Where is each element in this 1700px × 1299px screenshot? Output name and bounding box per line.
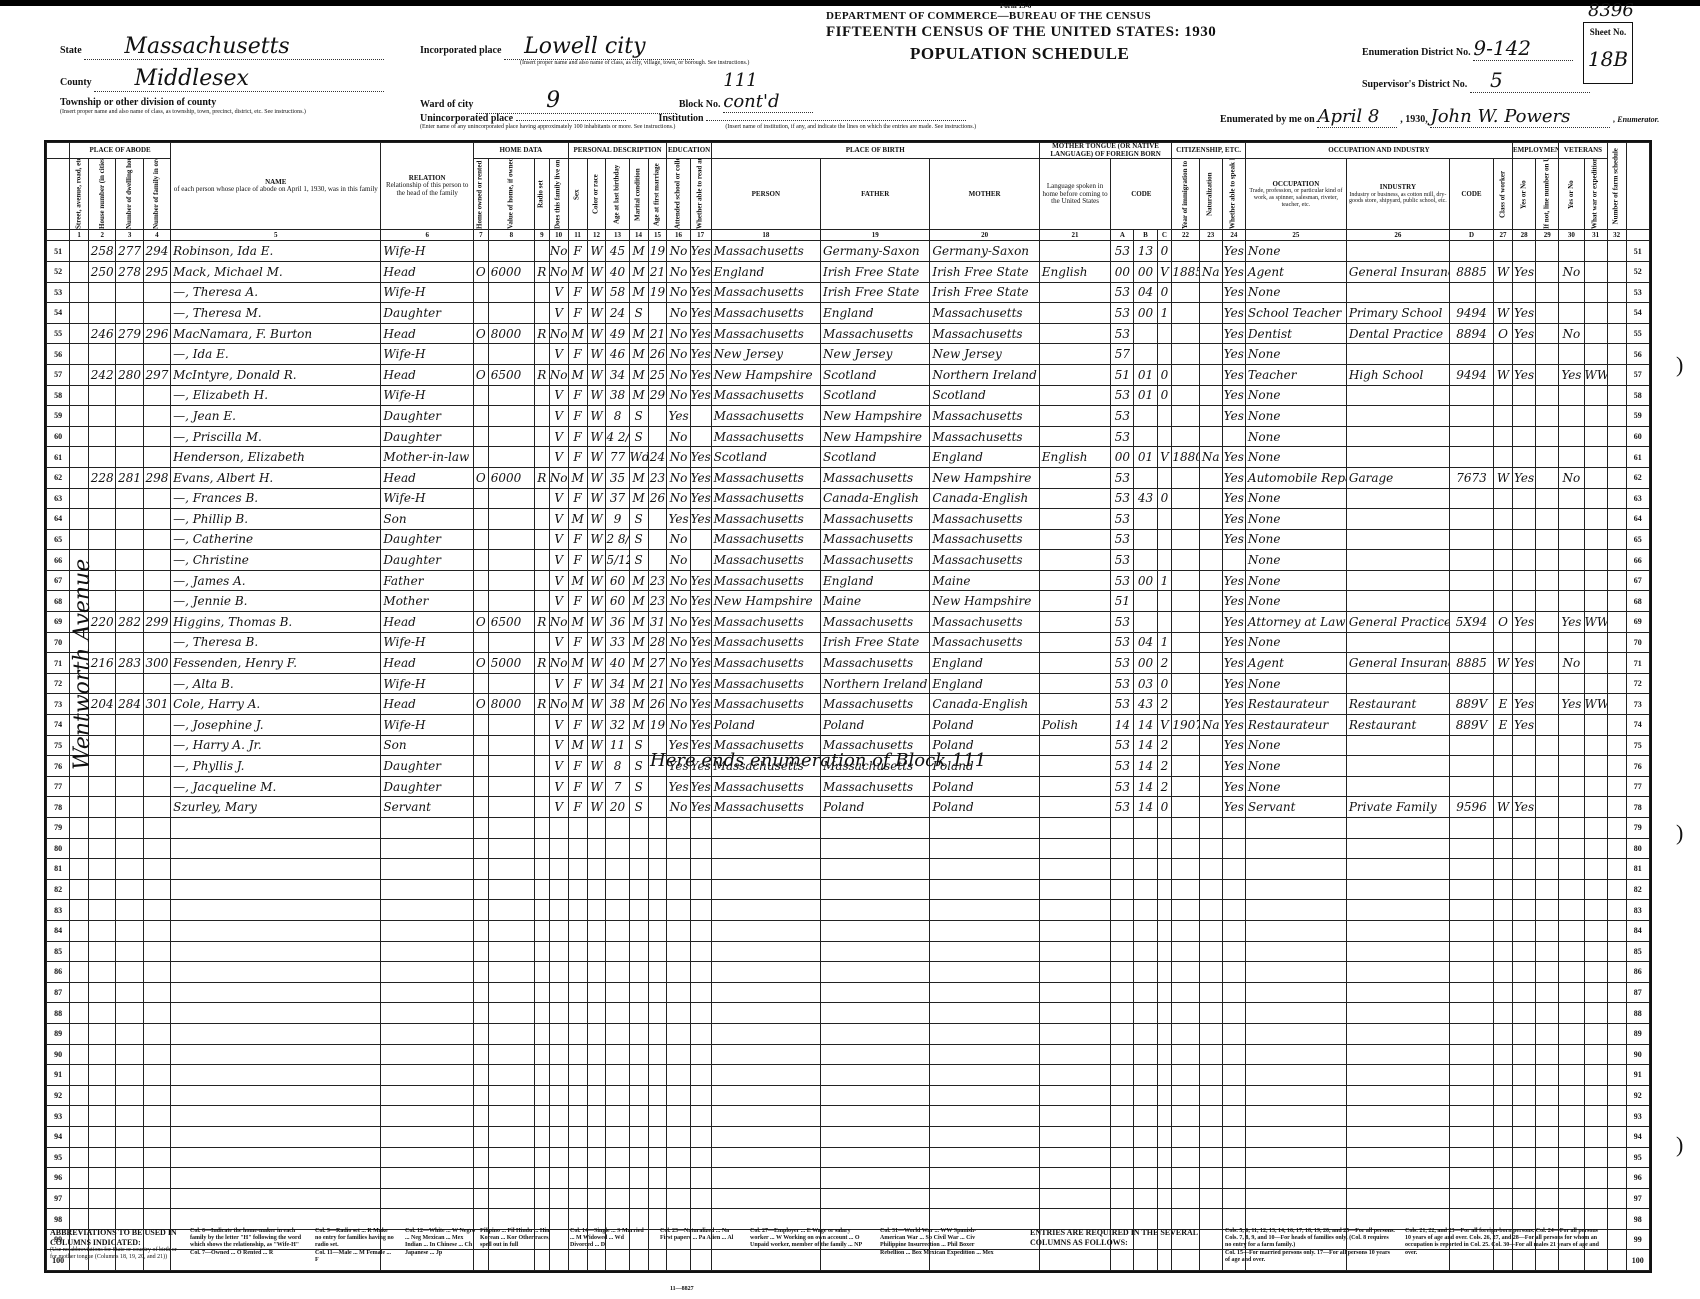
cell-nat bbox=[1199, 344, 1222, 365]
column-number: 10 bbox=[549, 230, 568, 241]
cell-dwelling: 277 bbox=[116, 241, 143, 262]
cell-radio bbox=[534, 447, 549, 468]
cell-dwelling bbox=[116, 756, 143, 777]
cell-unemp bbox=[1536, 1003, 1559, 1024]
col-relation: RELATIONRelationship of this person to t… bbox=[381, 143, 474, 230]
cell-occ bbox=[1245, 1085, 1346, 1106]
cell-relation: Wife-H bbox=[381, 673, 474, 694]
line-number-right: 90 bbox=[1626, 1044, 1649, 1065]
cell-war bbox=[1584, 529, 1607, 550]
cell-school: No bbox=[667, 447, 690, 468]
cell-race: W bbox=[587, 241, 606, 262]
cell-cd: 8885 bbox=[1449, 261, 1493, 282]
cell-age bbox=[606, 941, 629, 962]
cell-race: W bbox=[587, 529, 606, 550]
cell-family bbox=[143, 1188, 170, 1209]
cell-work bbox=[1513, 1209, 1536, 1230]
cell-pob_mother: England bbox=[930, 447, 1039, 468]
cell-cb bbox=[1134, 323, 1157, 344]
cell-cb bbox=[1134, 612, 1157, 633]
cell-house bbox=[89, 1106, 116, 1127]
cell-work bbox=[1513, 1065, 1536, 1086]
cell-age_m bbox=[648, 1065, 667, 1086]
column-number: 14 bbox=[629, 230, 648, 241]
cell-pob_mother bbox=[930, 1003, 1039, 1024]
cell-age: 5/12 bbox=[606, 550, 629, 571]
cell-unemp bbox=[1536, 385, 1559, 406]
cell-occ bbox=[1245, 1065, 1346, 1086]
cell-dwelling bbox=[116, 838, 143, 859]
cell-ind bbox=[1346, 673, 1449, 694]
cell-house bbox=[89, 447, 116, 468]
cell-ca: 53 bbox=[1111, 612, 1134, 633]
cell-unemp bbox=[1536, 426, 1559, 447]
cell-farm: V bbox=[549, 447, 568, 468]
cell-owned bbox=[473, 1065, 488, 1086]
cell-family bbox=[143, 406, 170, 427]
cell-cls bbox=[1494, 1126, 1513, 1147]
cell-pob_mother: Massachusetts bbox=[930, 612, 1039, 633]
cell-war bbox=[1584, 1209, 1607, 1230]
cell-owned: O bbox=[473, 653, 488, 674]
cell-farm bbox=[549, 982, 568, 1003]
cell-street bbox=[70, 406, 89, 427]
cell-eng: Yes bbox=[1222, 303, 1245, 324]
cell-school: No bbox=[667, 344, 690, 365]
line-number-right: 51 bbox=[1626, 241, 1649, 262]
cell-race: W bbox=[587, 570, 606, 591]
cell-war bbox=[1584, 447, 1607, 468]
line-number-right: 84 bbox=[1626, 920, 1649, 941]
cell-work bbox=[1513, 1106, 1536, 1127]
cell-imm bbox=[1172, 797, 1199, 818]
stamp-number: 8396 bbox=[1588, 0, 1634, 21]
cell-pob_father: England bbox=[821, 570, 930, 591]
cell-eng: Yes bbox=[1222, 467, 1245, 488]
cell-lang bbox=[1039, 406, 1111, 427]
cell-ind: Restaurant bbox=[1346, 694, 1449, 715]
cell-age_m: 23 bbox=[648, 570, 667, 591]
cell-pob_mother: Poland bbox=[930, 776, 1039, 797]
incorporated-value: Lowell city bbox=[504, 34, 694, 60]
cell-pob_father bbox=[821, 879, 930, 900]
cell-eng: Yes bbox=[1222, 447, 1245, 468]
cell-sex: F bbox=[568, 632, 587, 653]
cell-house: 242 bbox=[89, 364, 116, 385]
cell-vet bbox=[1559, 1085, 1584, 1106]
cell-age_m bbox=[648, 1188, 667, 1209]
cell-family bbox=[143, 879, 170, 900]
cell-vet bbox=[1559, 1023, 1584, 1044]
column-number: 21 bbox=[1039, 230, 1111, 241]
cell-age_m bbox=[648, 1003, 667, 1024]
cell-ca: 53 bbox=[1111, 632, 1134, 653]
cell-family bbox=[143, 920, 170, 941]
cell-cls bbox=[1494, 241, 1513, 262]
cell-value bbox=[488, 529, 534, 550]
cell-owned bbox=[473, 344, 488, 365]
cell-work bbox=[1513, 282, 1536, 303]
cell-farmsch bbox=[1607, 879, 1626, 900]
cell-ca bbox=[1111, 1188, 1134, 1209]
cell-dwelling bbox=[116, 1044, 143, 1065]
cell-eng bbox=[1222, 962, 1245, 983]
cell-nat bbox=[1199, 364, 1222, 385]
cell-ca: 53 bbox=[1111, 426, 1134, 447]
cell-house bbox=[89, 1003, 116, 1024]
cell-radio bbox=[534, 735, 549, 756]
cell-relation: Head bbox=[381, 364, 474, 385]
cell-street bbox=[70, 344, 89, 365]
cell-war bbox=[1584, 385, 1607, 406]
cell-owned bbox=[473, 1044, 488, 1065]
cell-radio bbox=[534, 385, 549, 406]
ward-field: Ward of city 9 Block No. 111 cont'd bbox=[420, 70, 813, 114]
cell-relation: Mother bbox=[381, 591, 474, 612]
cell-unemp bbox=[1536, 941, 1559, 962]
population-schedule-table: PLACE OF ABODE NAMEof each person whose … bbox=[44, 140, 1652, 1273]
line-number-right: 67 bbox=[1626, 570, 1649, 591]
cell-vet bbox=[1559, 838, 1584, 859]
cell-pob_father: New Jersey bbox=[821, 344, 930, 365]
cell-value bbox=[488, 632, 534, 653]
cell-imm bbox=[1172, 900, 1199, 921]
cell-read: Yes bbox=[690, 776, 711, 797]
cell-relation bbox=[381, 818, 474, 839]
cell-cb: 00 bbox=[1134, 261, 1157, 282]
sheet-value: 18B bbox=[1584, 47, 1632, 71]
cell-cc bbox=[1157, 591, 1172, 612]
cell-relation: Head bbox=[381, 653, 474, 674]
cell-cls bbox=[1494, 941, 1513, 962]
cell-farm bbox=[549, 1229, 568, 1250]
cell-eng: Yes bbox=[1222, 776, 1245, 797]
cell-cb: 14 bbox=[1134, 715, 1157, 736]
cell-nat: Na bbox=[1199, 261, 1222, 282]
cell-farmsch bbox=[1607, 962, 1626, 983]
cell-value bbox=[488, 591, 534, 612]
cell-radio bbox=[534, 756, 549, 777]
cell-farmsch bbox=[1607, 694, 1626, 715]
cell-value bbox=[488, 879, 534, 900]
cell-unemp bbox=[1536, 282, 1559, 303]
cell-eng bbox=[1222, 1209, 1245, 1230]
cell-nat bbox=[1199, 694, 1222, 715]
cell-pob_father: England bbox=[821, 303, 930, 324]
cell-read: Yes bbox=[690, 282, 711, 303]
cell-marital: M bbox=[629, 715, 648, 736]
cell-farmsch bbox=[1607, 570, 1626, 591]
cell-pob_father: Irish Free State bbox=[821, 632, 930, 653]
cell-school bbox=[667, 920, 690, 941]
cell-age: 4 2/12 bbox=[606, 426, 629, 447]
cell-ind bbox=[1346, 426, 1449, 447]
cell-name: —, Jennie B. bbox=[171, 591, 381, 612]
cell-age: 49 bbox=[606, 323, 629, 344]
cell-name bbox=[171, 1085, 381, 1106]
cell-pob: Massachusetts bbox=[711, 612, 820, 633]
cell-farmsch bbox=[1607, 241, 1626, 262]
cell-house bbox=[89, 303, 116, 324]
cell-race: W bbox=[587, 632, 606, 653]
cell-marital bbox=[629, 1147, 648, 1168]
cell-cc bbox=[1157, 1023, 1172, 1044]
cell-name: McIntyre, Donald R. bbox=[171, 364, 381, 385]
cell-read bbox=[690, 941, 711, 962]
cell-farm bbox=[549, 1065, 568, 1086]
cell-farmsch bbox=[1607, 467, 1626, 488]
cell-war bbox=[1584, 1147, 1607, 1168]
table-row: 51258277294Robinson, Ida E.Wife-HNoFW45M… bbox=[47, 241, 1650, 262]
cell-imm bbox=[1172, 612, 1199, 633]
cell-sex bbox=[568, 1085, 587, 1106]
cell-race: W bbox=[587, 550, 606, 571]
cell-farm: No bbox=[549, 467, 568, 488]
cell-relation: Daughter bbox=[381, 303, 474, 324]
cell-age: 40 bbox=[606, 261, 629, 282]
cell-pob: Massachusetts bbox=[711, 550, 820, 571]
cell-cc bbox=[1157, 1188, 1172, 1209]
cell-eng bbox=[1222, 859, 1245, 880]
cell-name: Cole, Harry A. bbox=[171, 694, 381, 715]
cell-street bbox=[70, 1209, 89, 1230]
cell-owned: O bbox=[473, 467, 488, 488]
cell-age_m bbox=[648, 941, 667, 962]
cell-house bbox=[89, 1044, 116, 1065]
cell-pob_mother: New Hampshire bbox=[930, 467, 1039, 488]
line-number: 53 bbox=[47, 282, 70, 303]
township-note: (Insert proper name and also name of cla… bbox=[60, 109, 380, 115]
col-education: EDUCATION bbox=[667, 143, 711, 159]
cell-cc bbox=[1157, 982, 1172, 1003]
cell-pob_mother bbox=[930, 1168, 1039, 1189]
cell-occ bbox=[1245, 1044, 1346, 1065]
cell-farmsch bbox=[1607, 756, 1626, 777]
cell-marital bbox=[629, 1003, 648, 1024]
cell-cd bbox=[1449, 447, 1493, 468]
cell-dwelling: 280 bbox=[116, 364, 143, 385]
cell-vet bbox=[1559, 550, 1584, 571]
line-number-right: 81 bbox=[1626, 859, 1649, 880]
cell-dwelling bbox=[116, 941, 143, 962]
cell-read bbox=[690, 920, 711, 941]
cell-family bbox=[143, 982, 170, 1003]
cell-sex: F bbox=[568, 282, 587, 303]
cell-owned bbox=[473, 818, 488, 839]
cell-pob: Massachusetts bbox=[711, 653, 820, 674]
cell-imm bbox=[1172, 756, 1199, 777]
cell-age_m: 26 bbox=[648, 694, 667, 715]
cell-vet bbox=[1559, 859, 1584, 880]
cell-farmsch bbox=[1607, 838, 1626, 859]
table-row: 59—, Jean E.DaughterVFW8SYesMassachusett… bbox=[47, 406, 1650, 427]
township-field: Township or other division of county (In… bbox=[60, 98, 380, 115]
cell-ca: 53 bbox=[1111, 385, 1134, 406]
cell-unemp bbox=[1536, 550, 1559, 571]
cell-owned bbox=[473, 838, 488, 859]
cell-relation: Wife-H bbox=[381, 282, 474, 303]
cell-farm: No bbox=[549, 653, 568, 674]
cell-war bbox=[1584, 241, 1607, 262]
cell-ind: Private Family bbox=[1346, 797, 1449, 818]
cell-pob_father: Massachusetts bbox=[821, 694, 930, 715]
cell-pob: Massachusetts bbox=[711, 694, 820, 715]
cell-ca: 53 bbox=[1111, 653, 1134, 674]
cell-age: 60 bbox=[606, 570, 629, 591]
cell-age_m bbox=[648, 509, 667, 530]
cell-race bbox=[587, 1003, 606, 1024]
cell-dwelling bbox=[116, 715, 143, 736]
cell-dwelling bbox=[116, 735, 143, 756]
line-number-right: 97 bbox=[1626, 1188, 1649, 1209]
cell-war bbox=[1584, 1188, 1607, 1209]
table-row: 9494 bbox=[47, 1126, 1650, 1147]
cell-race bbox=[587, 1023, 606, 1044]
cell-occ: Servant bbox=[1245, 797, 1346, 818]
cell-pob bbox=[711, 879, 820, 900]
cell-farmsch bbox=[1607, 653, 1626, 674]
cell-war bbox=[1584, 859, 1607, 880]
cell-imm bbox=[1172, 879, 1199, 900]
column-number: 5 bbox=[171, 230, 381, 241]
cell-house: 246 bbox=[89, 323, 116, 344]
cell-vet bbox=[1559, 920, 1584, 941]
cell-radio bbox=[534, 1250, 549, 1271]
cell-eng: Yes bbox=[1222, 591, 1245, 612]
cell-cc bbox=[1157, 962, 1172, 983]
cell-lang bbox=[1039, 344, 1111, 365]
cell-race: W bbox=[587, 653, 606, 674]
cell-vet bbox=[1559, 1209, 1584, 1230]
cell-family bbox=[143, 447, 170, 468]
cell-ind bbox=[1346, 756, 1449, 777]
cell-pob_mother bbox=[930, 1147, 1039, 1168]
line-number-right: 94 bbox=[1626, 1126, 1649, 1147]
column-number: 18 bbox=[711, 230, 820, 241]
cell-lang bbox=[1039, 776, 1111, 797]
line-number-right: 63 bbox=[1626, 488, 1649, 509]
cell-ind bbox=[1346, 1003, 1449, 1024]
cell-cd bbox=[1449, 488, 1493, 509]
cell-dwelling bbox=[116, 447, 143, 468]
cell-owned bbox=[473, 303, 488, 324]
cell-imm bbox=[1172, 385, 1199, 406]
cell-unemp bbox=[1536, 612, 1559, 633]
col-farm-schedule: Number of farm schedule bbox=[1607, 143, 1626, 230]
cell-radio bbox=[534, 529, 549, 550]
cell-cd bbox=[1449, 1188, 1493, 1209]
cell-pob: Massachusetts bbox=[711, 282, 820, 303]
cell-family bbox=[143, 1065, 170, 1086]
cell-house bbox=[89, 941, 116, 962]
cell-pob_father bbox=[821, 1106, 930, 1127]
cell-radio: R bbox=[534, 261, 549, 282]
cell-occ: Agent bbox=[1245, 261, 1346, 282]
cell-relation bbox=[381, 900, 474, 921]
cell-lang bbox=[1039, 1188, 1111, 1209]
cell-sex bbox=[568, 879, 587, 900]
unincorporated-note: (Enter name of any unincorporated place … bbox=[420, 124, 675, 130]
cell-relation bbox=[381, 1003, 474, 1024]
scan-top-border bbox=[0, 0, 1700, 6]
cell-farmsch bbox=[1607, 776, 1626, 797]
sd-label: Supervisor's District No. bbox=[1362, 79, 1467, 90]
cell-vet bbox=[1559, 570, 1584, 591]
cell-street bbox=[70, 426, 89, 447]
cell-eng: Yes bbox=[1222, 364, 1245, 385]
cell-imm bbox=[1172, 282, 1199, 303]
cell-cd bbox=[1449, 756, 1493, 777]
cell-vet: No bbox=[1559, 467, 1584, 488]
cell-marital: S bbox=[629, 735, 648, 756]
cell-owned bbox=[473, 1147, 488, 1168]
cell-dwelling bbox=[116, 962, 143, 983]
cell-house: 250 bbox=[89, 261, 116, 282]
cell-farm: No bbox=[549, 323, 568, 344]
cell-pob_father bbox=[821, 818, 930, 839]
cell-radio: R bbox=[534, 323, 549, 344]
cell-owned bbox=[473, 1003, 488, 1024]
cell-war bbox=[1584, 776, 1607, 797]
cell-farm bbox=[549, 1003, 568, 1024]
cell-work bbox=[1513, 385, 1536, 406]
line-number-right: 55 bbox=[1626, 323, 1649, 344]
cell-race: W bbox=[587, 776, 606, 797]
cell-farmsch bbox=[1607, 1106, 1626, 1127]
cell-radio bbox=[534, 303, 549, 324]
cell-cb bbox=[1134, 509, 1157, 530]
cell-nat bbox=[1199, 529, 1222, 550]
cell-work: Yes bbox=[1513, 323, 1536, 344]
cell-war bbox=[1584, 1003, 1607, 1024]
cell-cd bbox=[1449, 982, 1493, 1003]
cell-nat bbox=[1199, 1126, 1222, 1147]
cell-cls bbox=[1494, 1188, 1513, 1209]
cell-pob_father: Massachusetts bbox=[821, 550, 930, 571]
col-name: NAMEof each person whose place of abode … bbox=[171, 143, 381, 230]
cell-nat bbox=[1199, 1106, 1222, 1127]
cell-ca bbox=[1111, 818, 1134, 839]
cell-marital bbox=[629, 1209, 648, 1230]
cell-owned bbox=[473, 735, 488, 756]
cell-age bbox=[606, 1106, 629, 1127]
cell-radio bbox=[534, 1209, 549, 1230]
cell-nat bbox=[1199, 406, 1222, 427]
line-number: 78 bbox=[47, 797, 70, 818]
cell-pob_father: Massachusetts bbox=[821, 509, 930, 530]
cell-read: Yes bbox=[690, 303, 711, 324]
cell-name bbox=[171, 1126, 381, 1147]
line-number: 77 bbox=[47, 776, 70, 797]
cell-age bbox=[606, 1085, 629, 1106]
cell-house bbox=[89, 1209, 116, 1230]
cell-cls bbox=[1494, 591, 1513, 612]
cell-ca: 53 bbox=[1111, 673, 1134, 694]
cell-farm: V bbox=[549, 303, 568, 324]
cell-cc: 1 bbox=[1157, 632, 1172, 653]
cell-cls: O bbox=[1494, 612, 1513, 633]
cell-war bbox=[1584, 1126, 1607, 1147]
line-number: 70 bbox=[47, 632, 70, 653]
cell-pob_mother bbox=[930, 1085, 1039, 1106]
cell-nat bbox=[1199, 920, 1222, 941]
cell-relation bbox=[381, 1023, 474, 1044]
cell-unemp bbox=[1536, 673, 1559, 694]
cell-ind bbox=[1346, 1106, 1449, 1127]
cell-nat bbox=[1199, 673, 1222, 694]
cell-family bbox=[143, 1147, 170, 1168]
cell-relation bbox=[381, 920, 474, 941]
